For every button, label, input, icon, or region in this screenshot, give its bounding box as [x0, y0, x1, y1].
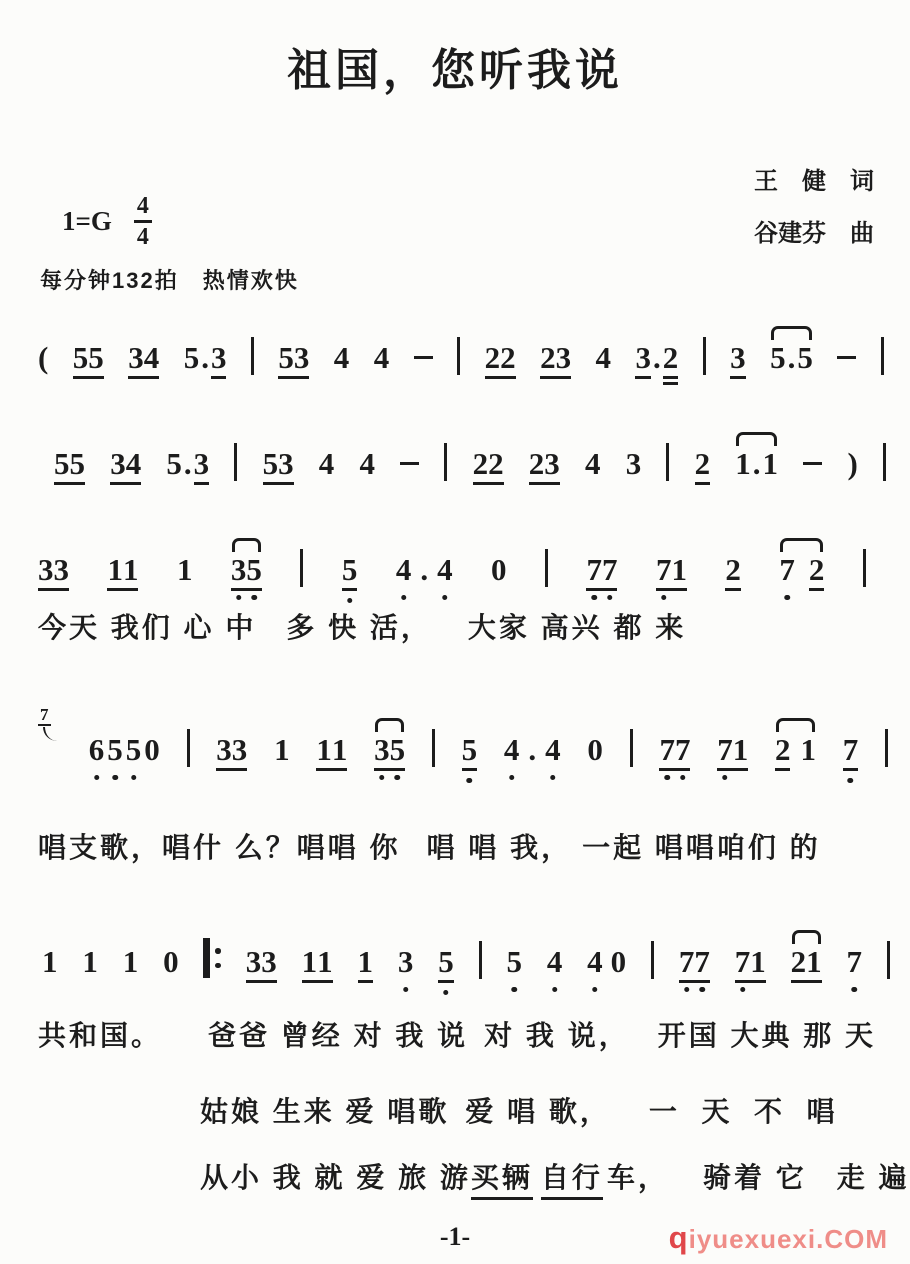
note-group: 0 — [587, 734, 603, 765]
watermark-text: iyuexuexi.COM — [689, 1224, 888, 1254]
note-digit: 1 — [763, 448, 779, 479]
time-signature-top: 4 — [137, 194, 149, 218]
note-group: 35 — [231, 554, 262, 591]
note-group: 5.5 — [770, 342, 813, 373]
note-group: 53 — [278, 342, 309, 379]
note-digit: 2 — [473, 448, 489, 479]
note-group: 35 — [374, 734, 405, 771]
note-digit: 2 — [775, 734, 791, 771]
note-digit: 5 — [246, 554, 262, 585]
note-digit: 5 — [73, 342, 89, 373]
augmentation-dot: . — [753, 448, 761, 479]
note-digit: 7 — [717, 734, 733, 765]
note-digit: 5 — [126, 734, 142, 765]
lyric-segment: 从小 我 就 爱 旅 游 — [200, 1156, 471, 1196]
note-group: 0 — [491, 554, 507, 585]
note-digit: 4 — [374, 342, 390, 373]
note-group: 4 — [547, 946, 563, 977]
note-digit: 5 — [54, 448, 70, 479]
note-group: 77 — [659, 734, 690, 771]
tempo-marking: 每分钟132拍 热情欢快 — [40, 264, 299, 295]
lyric-segment: 开国 大典 那 天 — [658, 1014, 876, 1054]
note-digit: 1 — [750, 946, 766, 977]
barline — [234, 443, 237, 481]
note-digit: 5 — [70, 448, 86, 479]
note-digit: 5 — [797, 342, 813, 373]
time-signature-divider — [134, 220, 152, 223]
note-group: 4 — [596, 342, 612, 373]
note-digit: 4 — [144, 342, 160, 373]
lyric-segment: 一起 唱唱咱们 的 — [582, 826, 821, 866]
note-group: 1 — [358, 946, 374, 983]
lyric-segment: 骑着 它 — [703, 1156, 807, 1196]
note-group: 7 — [843, 734, 859, 771]
note-digit: 1 — [806, 946, 822, 977]
note-group: 5.3 — [166, 448, 209, 485]
note-group: 3 — [398, 946, 414, 977]
note-group: 4 — [585, 448, 601, 479]
lyric-segment: 车， — [607, 1156, 669, 1196]
note-digit: 5 — [88, 342, 104, 373]
note-group: 1 — [82, 946, 98, 977]
note-digit: 7 — [586, 554, 602, 585]
note-group: 4.4 — [504, 734, 561, 765]
note-group: 11 — [302, 946, 333, 983]
note-digit: 2 — [540, 342, 556, 373]
note-digit: 4 — [437, 554, 453, 585]
note-digit: 0 — [611, 946, 627, 977]
note-digit: 0 — [491, 554, 507, 585]
note-digit: 2 — [500, 342, 516, 373]
note-digit: 7 — [694, 946, 710, 977]
note-digit: 2 — [663, 342, 679, 379]
note-digit: 3 — [635, 342, 651, 379]
key-signature: 1=G — [62, 206, 112, 237]
note-digit: 3 — [246, 946, 262, 977]
note-digit: 3 — [54, 554, 70, 585]
lyric-segment: 今天 我们 心 中 — [38, 606, 256, 646]
lyric-line-4: 姑娘 生来 爱 唱歌爱 唱 歌，一 天 不 唱 — [38, 1090, 890, 1130]
note-digit: 1 — [316, 734, 332, 765]
augmentation-dot: . — [184, 448, 192, 479]
note-digit: 3 — [374, 734, 390, 765]
time-signature-bottom: 4 — [137, 225, 149, 249]
lyric-segment: 唱 唱 我， — [427, 826, 573, 866]
lyricist-credit: 王 健 词 — [754, 156, 874, 208]
note-digit: 3 — [294, 342, 310, 373]
note-group: 5 — [438, 946, 454, 983]
note-group: 3 — [730, 342, 746, 379]
note-digit: 0 — [587, 734, 603, 765]
barline — [666, 443, 669, 481]
credits: 王 健 词 谷建芬 曲 — [754, 156, 874, 259]
note-group: 4 — [319, 448, 335, 479]
note-group: 53 — [263, 448, 294, 485]
lyric-segment: 共和国。 — [38, 1014, 162, 1054]
note-digit: 2 — [485, 342, 501, 373]
note-group: 1.1 — [735, 448, 778, 479]
lyric-segment: 唱支歌，唱什 么？唱唱 你 — [38, 826, 401, 866]
sheet-music-page: 祖国，您听我说 王 健 词 谷建芬 曲 1=G 4 4 每分钟132拍 热情欢快… — [0, 0, 910, 1264]
note-group: 1 — [123, 946, 139, 977]
note-digit: 1 — [42, 946, 58, 977]
note-digit: 0 — [144, 734, 160, 765]
note-group: 40 — [587, 946, 626, 977]
note-digit: 5 — [438, 946, 454, 983]
grace-note-digit: 7 — [38, 706, 51, 726]
note-digit: 1 — [358, 946, 374, 983]
note-group: 71 — [717, 734, 748, 771]
note-group: 6550 — [89, 734, 160, 765]
lyric-line-5: 从小 我 就 爱 旅 游买辆自行车，骑着 它走 遍 — [38, 1156, 890, 1200]
extend-dash — [414, 356, 433, 360]
barline — [457, 337, 460, 375]
note-digit: 1 — [332, 734, 348, 765]
note-digit: 3 — [216, 734, 232, 765]
barline — [300, 549, 303, 587]
note-group: 34 — [110, 448, 141, 485]
barline — [651, 941, 654, 979]
note-group: 5 — [342, 554, 358, 591]
lyric-segment: 一 天 不 唱 — [649, 1090, 838, 1130]
note-digit: 3 — [38, 554, 54, 585]
note-digit: 1 — [177, 554, 193, 585]
note-group: 55 — [73, 342, 104, 379]
watermark: qiyuexuexi.COM — [669, 1220, 888, 1256]
note-group: 22 — [485, 342, 516, 379]
note-group: 55 — [54, 448, 85, 485]
note-digit: 2 — [809, 554, 825, 591]
note-digit: 7 — [656, 554, 672, 585]
barline — [863, 549, 866, 587]
barline — [630, 729, 633, 767]
note-digit: 7 — [675, 734, 691, 765]
augmentation-dot: . — [528, 734, 536, 765]
note-digit: 0 — [163, 946, 179, 977]
repeat-dots — [215, 948, 221, 968]
note-digit: 1 — [82, 946, 98, 977]
barline — [881, 337, 884, 375]
note-group: 23 — [540, 342, 571, 379]
note-digit: 3 — [556, 342, 572, 373]
notation-line-4: 76550331113554.407771217 — [38, 722, 888, 771]
note-digit: 4 — [596, 342, 612, 373]
note-group: 11 — [316, 734, 347, 771]
note-digit: 3 — [194, 448, 210, 485]
barline — [444, 443, 447, 481]
note-digit: 1 — [317, 946, 333, 977]
note-digit: 5 — [506, 946, 522, 977]
note-digit: 5 — [770, 342, 786, 373]
lyric-segment: 多 快 活， — [286, 606, 432, 646]
note-digit: 4 — [396, 554, 412, 585]
lyric-segment: 走 遍 — [837, 1156, 910, 1196]
barline — [703, 337, 706, 375]
note-group: 2 — [725, 554, 741, 591]
watermark-initial: q — [669, 1220, 689, 1255]
note-digit: 3 — [261, 946, 277, 977]
note-digit: 7 — [843, 734, 859, 771]
note-group: 22 — [473, 448, 504, 485]
note-digit: 3 — [278, 448, 294, 479]
page-title: 祖国，您听我说 — [0, 34, 910, 98]
augmentation-dot: . — [420, 554, 428, 585]
parenthesis: ( — [38, 342, 48, 373]
note-digit: 4 — [587, 946, 603, 977]
lyric-segment: 爸爸 曾经 对 我 说 — [208, 1014, 468, 1054]
note-digit: 7 — [846, 946, 862, 977]
lyric-segment-underlined: 自行 — [541, 1156, 603, 1200]
note-digit: 5 — [184, 342, 200, 373]
note-digit: 7 — [659, 734, 675, 765]
note-group: 1 — [274, 734, 290, 765]
note-digit: 3 — [232, 734, 248, 765]
note-digit: 1 — [107, 554, 123, 585]
extend-dash — [837, 356, 856, 360]
repeat-bar — [203, 938, 210, 978]
note-digit: 3 — [231, 554, 247, 585]
note-digit: 4 — [126, 448, 142, 479]
notation-line-5: 1110331113554407771217 — [42, 932, 890, 983]
note-group: 11 — [107, 554, 138, 591]
note-digit: 7 — [602, 554, 618, 585]
barline — [885, 729, 888, 767]
note-group: 5 — [462, 734, 478, 771]
note-group: 3.2 — [635, 342, 678, 379]
note-digit: 2 — [791, 946, 807, 977]
lyric-segment: 大家 高兴 都 来 — [468, 606, 686, 646]
note-digit: 5 — [166, 448, 182, 479]
note-digit: 4 — [585, 448, 601, 479]
note-group: 4 — [334, 342, 350, 373]
note-group: 77 — [586, 554, 617, 591]
note-group: 33 — [216, 734, 247, 771]
note-digit: 2 — [529, 448, 545, 479]
composer-credit: 谷建芬 曲 — [754, 208, 874, 260]
barline — [479, 941, 482, 979]
note-group: 0 — [163, 946, 179, 977]
note-group: 71 — [656, 554, 687, 591]
note-group: 4 — [374, 342, 390, 373]
note-digit: 3 — [128, 342, 144, 373]
note-group: 71 — [735, 946, 766, 983]
lyric-segment-underlined: 买辆 — [471, 1156, 533, 1200]
lyric-segment: 姑娘 生来 爱 唱歌 — [200, 1090, 449, 1130]
note-group: 77 — [679, 946, 710, 983]
repeat-start-sign — [203, 938, 221, 978]
note-group: 2 — [695, 448, 711, 485]
lyric-line-3: 共和国。爸爸 曾经 对 我 说对 我 说，开国 大典 那 天 — [38, 1014, 890, 1054]
note-digit: 4 — [504, 734, 520, 765]
note-digit: 6 — [89, 734, 105, 765]
note-digit: 7 — [779, 554, 795, 585]
note-digit: 1 — [735, 448, 751, 479]
note-digit: 1 — [302, 946, 318, 977]
extend-dash — [803, 462, 822, 466]
note-group: 5.3 — [184, 342, 227, 379]
extend-dash — [400, 462, 419, 466]
repeat-dot — [215, 948, 221, 954]
note-digit: 7 — [679, 946, 695, 977]
barline — [251, 337, 254, 375]
note-digit: 1 — [123, 946, 139, 977]
note-group: 33 — [38, 554, 69, 591]
note-digit: 3 — [544, 448, 560, 479]
lyric-line-2: 唱支歌，唱什 么？唱唱 你唱 唱 我，一起 唱唱咱们 的 — [38, 826, 890, 866]
note-digit: 3 — [398, 946, 414, 977]
note-digit: 2 — [488, 448, 504, 479]
note-group: 21 — [791, 946, 822, 983]
barline — [883, 443, 886, 481]
note-digit: 5 — [342, 554, 358, 591]
lyric-line-1: 今天 我们 心 中多 快 活，大家 高兴 都 来 — [38, 606, 890, 646]
repeat-dot — [215, 963, 221, 969]
note-group: 34 — [128, 342, 159, 379]
note-digit: 3 — [730, 342, 746, 379]
note-group: 21 — [775, 734, 816, 771]
notation-line-1: (55345.35344222343.235.5 — [38, 330, 884, 379]
note-digit: 5 — [107, 734, 123, 765]
note-digit: 5 — [462, 734, 478, 771]
note-digit: 5 — [390, 734, 406, 765]
note-digit: 4 — [359, 448, 375, 479]
note-digit: 3 — [211, 342, 227, 379]
barline — [432, 729, 435, 767]
note-group: 1 — [42, 946, 58, 977]
note-digit: 4 — [319, 448, 335, 479]
note-digit: 1 — [123, 554, 139, 585]
note-digit: 7 — [735, 946, 751, 977]
grace-note: 7 — [38, 722, 62, 752]
augmentation-dot: . — [653, 342, 661, 373]
note-digit: 1 — [274, 734, 290, 765]
note-digit: 1 — [800, 734, 816, 765]
notation-line-3: 331113554.407771272 — [38, 542, 866, 591]
note-group: 33 — [246, 946, 277, 983]
note-group: 23 — [529, 448, 560, 485]
note-digit: 5 — [263, 448, 279, 479]
note-digit: 4 — [334, 342, 350, 373]
lyric-segment: 爱 唱 歌， — [465, 1090, 611, 1130]
barline — [545, 549, 548, 587]
note-group: 4.4 — [396, 554, 453, 585]
augmentation-dot: . — [788, 342, 796, 373]
barline — [887, 941, 890, 979]
note-digit: 4 — [545, 734, 561, 765]
time-signature: 4 4 — [134, 194, 152, 249]
note-group: 5 — [506, 946, 522, 977]
augmentation-dot: . — [201, 342, 209, 373]
note-digit: 2 — [695, 448, 711, 485]
note-digit: 3 — [110, 448, 126, 479]
barline — [187, 729, 190, 767]
note-group: 4 — [359, 448, 375, 479]
note-digit: 1 — [671, 554, 687, 585]
note-digit: 1 — [733, 734, 749, 765]
note-group: 1 — [177, 554, 193, 585]
key-signature-row: 1=G 4 4 — [62, 194, 152, 249]
notation-line-2: 55345.3534422234321.1) — [54, 436, 886, 485]
note-group: 7 — [846, 946, 862, 977]
lyric-segment: 对 我 说， — [484, 1014, 630, 1054]
note-digit: 2 — [725, 554, 741, 591]
note-digit: 5 — [278, 342, 294, 373]
parenthesis: ) — [847, 448, 857, 479]
note-group: 72 — [779, 554, 824, 591]
note-group: 3 — [626, 448, 642, 479]
note-digit: 3 — [626, 448, 642, 479]
note-digit: 4 — [547, 946, 563, 977]
